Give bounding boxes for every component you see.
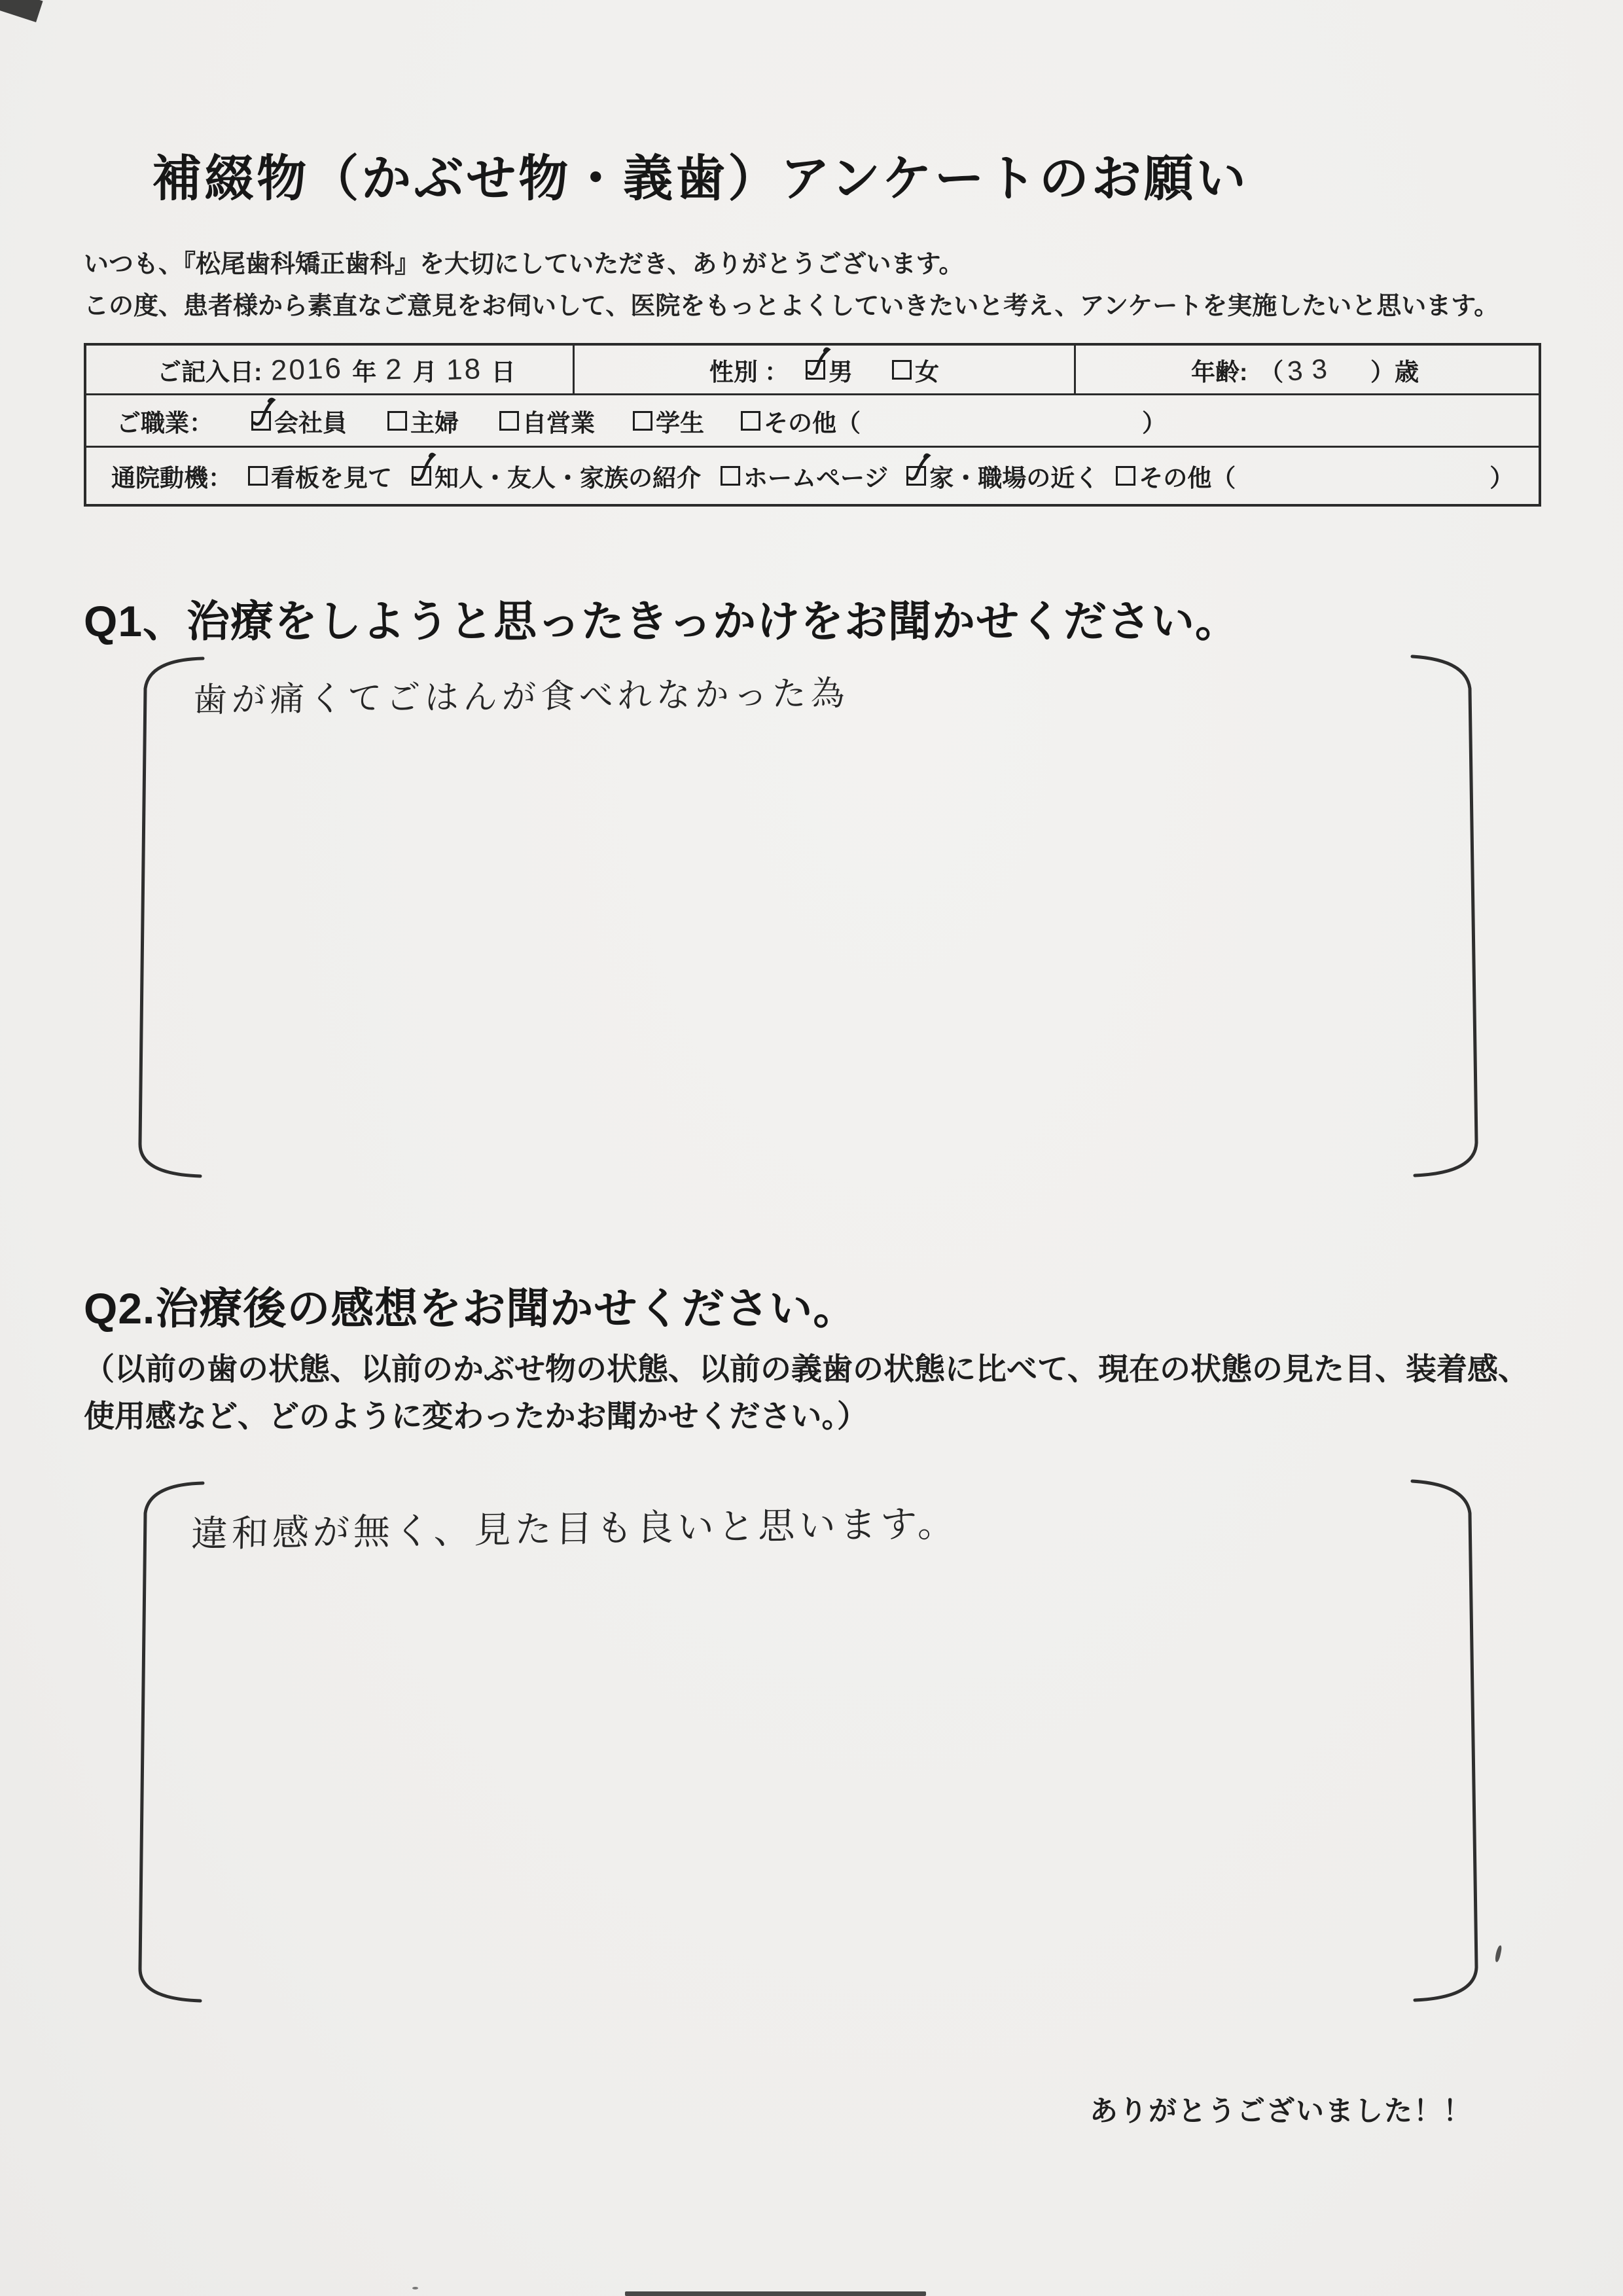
- motive-option-other: その他（: [1116, 458, 1236, 493]
- q1-handwritten-answer: 歯が痛くてごはんが食べれなかった為: [192, 666, 850, 722]
- age-value-handwritten: 33: [1283, 352, 1342, 387]
- occupation-company-employee-label: 会社員: [274, 403, 347, 439]
- table-row-visit-motive: 通院動機： 看板を見て 知人・友人・家族の紹介: [86, 448, 1539, 504]
- occupation-option-student: 学生: [633, 403, 704, 439]
- motive-option-homepage: ホームページ: [721, 458, 888, 493]
- check-mark-icon: [249, 396, 279, 434]
- date-day-unit: 日: [491, 352, 516, 387]
- check-mark-icon: [904, 451, 935, 489]
- age-unit: 歳: [1395, 352, 1419, 387]
- date-year-handwritten: 2016: [261, 351, 353, 387]
- checkbox-motive-other-unchecked: [1116, 466, 1135, 486]
- gender-option-female: 女: [892, 352, 939, 387]
- date-year-unit: 年: [352, 352, 376, 387]
- checkbox-referral-checked: [412, 466, 431, 486]
- checkbox-occupation-other-unchecked: [741, 411, 760, 431]
- scan-artifact-dot: [412, 2287, 418, 2289]
- intro-line-1: いつも、『松尾歯科矯正歯科』を大切にしていただき、ありがとうございます。: [84, 243, 1582, 285]
- gender-option-male: 男: [806, 352, 853, 387]
- occupation-option-company-employee: 会社員: [251, 403, 347, 439]
- checkbox-signboard-unchecked: [248, 466, 268, 486]
- motive-signboard-label: 看板を見て: [271, 458, 392, 493]
- gender-label: 性別 ：: [709, 352, 789, 387]
- date-day-handwritten: 18: [437, 352, 492, 387]
- motive-other-label: その他（: [1139, 458, 1236, 493]
- age-label: 年齢:: [1191, 352, 1247, 387]
- motive-homepage-label: ホームページ: [743, 458, 888, 493]
- scan-artifact-bottom-strip: [625, 2291, 926, 2296]
- table-row-date-gender-age: ご記入日: 2016 年 2 月 18 日 性別 ： 男: [86, 346, 1539, 395]
- occupation-option-self-employed: 自営業: [499, 403, 595, 439]
- motive-option-signboard: 看板を見て: [248, 458, 392, 493]
- occupation-housewife-label: 主婦: [410, 403, 459, 439]
- checkbox-student-unchecked: [633, 411, 652, 431]
- motive-other-close-paren: ）: [1489, 458, 1514, 493]
- occupation-option-other: その他（: [741, 403, 861, 439]
- table-row-occupation: ご職業： 会社員 主婦 自: [86, 395, 1539, 448]
- gender-cell: 性別 ： 男 女: [575, 346, 1076, 393]
- date-label: ご記入日:: [157, 352, 262, 387]
- scanned-questionnaire-page: 補綴物（かぶせ物・義歯）アンケートのお願い いつも、『松尾歯科矯正歯科』を大切に…: [0, 0, 1623, 2296]
- motive-option-referral: 知人・友人・家族の紹介: [412, 458, 701, 493]
- q2-handwritten-answer: 違和感が無く、見た目も良いと思います。: [190, 1495, 959, 1558]
- check-mark-icon: [410, 451, 440, 489]
- q1-heading: Q1、治療をしようと思ったきっかけをお聞かせください。: [84, 586, 1239, 649]
- date-month-handwritten: 2: [376, 353, 413, 387]
- occupation-other-close-paren: ）: [1142, 403, 1166, 439]
- respondent-info-table: ご記入日: 2016 年 2 月 18 日 性別 ： 男: [84, 343, 1541, 507]
- checkbox-male-checked: [806, 360, 825, 380]
- occupation-cell: ご職業： 会社員 主婦 自: [86, 395, 1539, 446]
- age-cell: 年齢: （ 33 ）歳: [1076, 346, 1534, 393]
- scan-artifact-corner: [0, 0, 43, 22]
- gender-female-label: 女: [915, 352, 939, 387]
- age-open-paren: （: [1259, 352, 1283, 387]
- occupation-student-label: 学生: [656, 403, 704, 439]
- checkbox-homepage-unchecked: [721, 466, 740, 486]
- check-mark-icon: [804, 345, 834, 383]
- checkbox-housewife-unchecked: [387, 411, 407, 431]
- checkbox-near-home-work-checked: [906, 466, 926, 486]
- visit-motive-cell: 通院動機： 看板を見て 知人・友人・家族の紹介: [86, 448, 1539, 504]
- occupation-label: ご職業：: [116, 403, 213, 439]
- date-month-unit: 月: [413, 352, 437, 387]
- q2-heading: Q2.治療後の感想をお聞かせください。: [84, 1274, 857, 1336]
- occupation-self-employed-label: 自営業: [522, 403, 595, 439]
- motive-near-home-work-label: 家・職場の近く: [929, 458, 1099, 493]
- checkbox-company-employee-checked: [251, 411, 271, 431]
- intro-line-2: この度、患者様から素直なご意見をお伺いして、医院をもっとよくしていきたいと考え、…: [84, 285, 1582, 327]
- visit-motive-label: 通院動機：: [111, 458, 232, 493]
- thanks-note: ありがとうございました！！: [1090, 2089, 1472, 2129]
- intro-text: いつも、『松尾歯科矯正歯科』を大切にしていただき、ありがとうございます。 この度…: [84, 243, 1582, 327]
- page-title: 補綴物（かぶせ物・義歯）アンケートのお願い: [0, 139, 1400, 210]
- occupation-option-housewife: 主婦: [387, 403, 459, 439]
- q2-note: （以前の歯の状態、以前のかぶせ物の状態、以前の義歯の状態に比べて、現在の状態の見…: [84, 1346, 1530, 1440]
- motive-option-near-home-work: 家・職場の近く: [906, 458, 1099, 493]
- motive-referral-label: 知人・友人・家族の紹介: [435, 458, 701, 493]
- scan-artifact-pen-mark: [1494, 1945, 1502, 1963]
- q2-answer-bracket: [131, 1478, 1486, 2008]
- date-cell: ご記入日: 2016 年 2 月 18 日: [86, 346, 575, 393]
- age-close-paren: ）: [1370, 352, 1395, 387]
- checkbox-self-employed-unchecked: [499, 411, 519, 431]
- occupation-other-label: その他（: [764, 403, 861, 439]
- q1-answer-bracket: [131, 653, 1486, 1183]
- checkbox-female-unchecked: [892, 360, 912, 380]
